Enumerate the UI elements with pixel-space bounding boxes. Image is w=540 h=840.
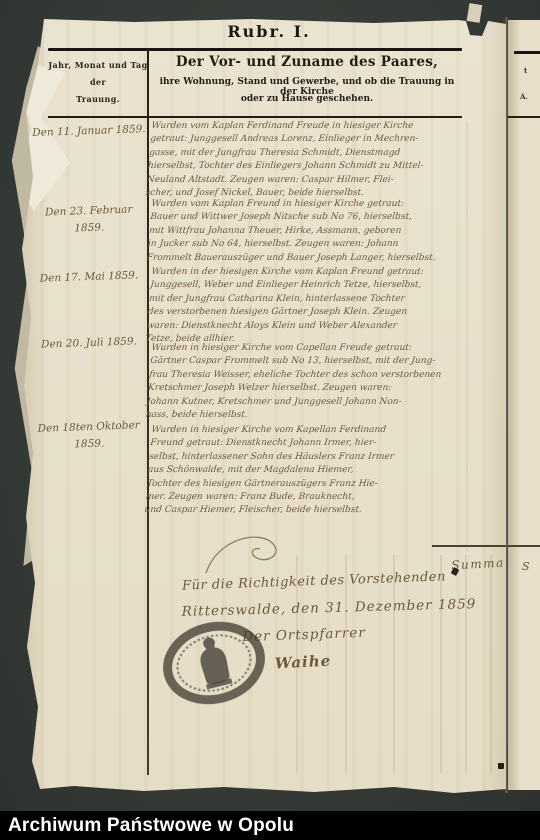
adjacent-handwriting-fragment: S (522, 560, 530, 573)
table-header-rule (48, 116, 462, 118)
date-column-header: Jahr, Monat und Tag (44, 60, 152, 70)
main-column-header-title: Der Vor- und Zuname des Paares, (154, 54, 460, 70)
paper-crease (465, 555, 467, 773)
paper-crease (466, 121, 468, 551)
adjacent-header-fragment: t (524, 66, 527, 75)
entry-text: Wurden in hiesiger Kirche vom Capellan F… (145, 342, 466, 422)
main-column-header-sub: oder zu Hause geschehen. (154, 94, 460, 104)
parish-seal-stamp (151, 608, 277, 718)
certification-place-date: Ritterswalde, den 31. Dezember 1859 (142, 595, 516, 621)
paper-tab (467, 3, 483, 23)
entry-date: Den 20. Juli 1859. (32, 333, 147, 354)
summa-rule (432, 545, 506, 547)
adjacent-table-rule (514, 51, 540, 54)
entry-date: Den 11. Januar 1859. (32, 121, 147, 142)
entry-text: Wurden in hiesiger Kirche vom Kapellan F… (144, 424, 466, 518)
archive-name-label: Archiwum Państwowe w Opolu (8, 815, 294, 836)
entry-date: Den 23. Februar 1859. (31, 201, 146, 239)
adjacent-table-rule (508, 116, 540, 118)
paper-crease (296, 555, 298, 773)
adjacent-header-fragment: A. (520, 92, 528, 101)
adjacent-page-edge: t A. S (508, 20, 540, 790)
pen-flourish (200, 529, 300, 579)
page-title: Rubr. I. (154, 22, 384, 41)
adjacent-summa-rule (508, 545, 540, 547)
date-column-header: der (44, 77, 152, 87)
entry-date: Den 18ten Oktober 1859. (31, 417, 146, 455)
entry-date: Den 17. Mai 1859. (32, 267, 147, 288)
paper-crease (440, 555, 442, 773)
paper-crease (393, 555, 395, 773)
archive-scan-viewport: t A. S Rubr. I. Jahr, Monat und Tag der … (0, 0, 540, 840)
register-page: Rubr. I. Jahr, Monat und Tag der Trauung… (14, 17, 506, 793)
date-column-header: Trauung. (44, 94, 152, 104)
archive-watermark-bar: Archiwum Państwowe w Opolu (0, 811, 540, 840)
paper-crease (345, 555, 347, 773)
entry-text: Wurden vom Kaplan Ferdinand Freude in hi… (145, 120, 466, 200)
paper-crease (490, 555, 492, 773)
entry-text: Wurden vom Kaplan Freund in hiesiger Kir… (146, 198, 466, 265)
table-top-rule (48, 48, 462, 51)
entry-text: Wurden in der hiesigen Kirche vom Kaplan… (145, 266, 466, 346)
ink-blot (498, 763, 504, 769)
